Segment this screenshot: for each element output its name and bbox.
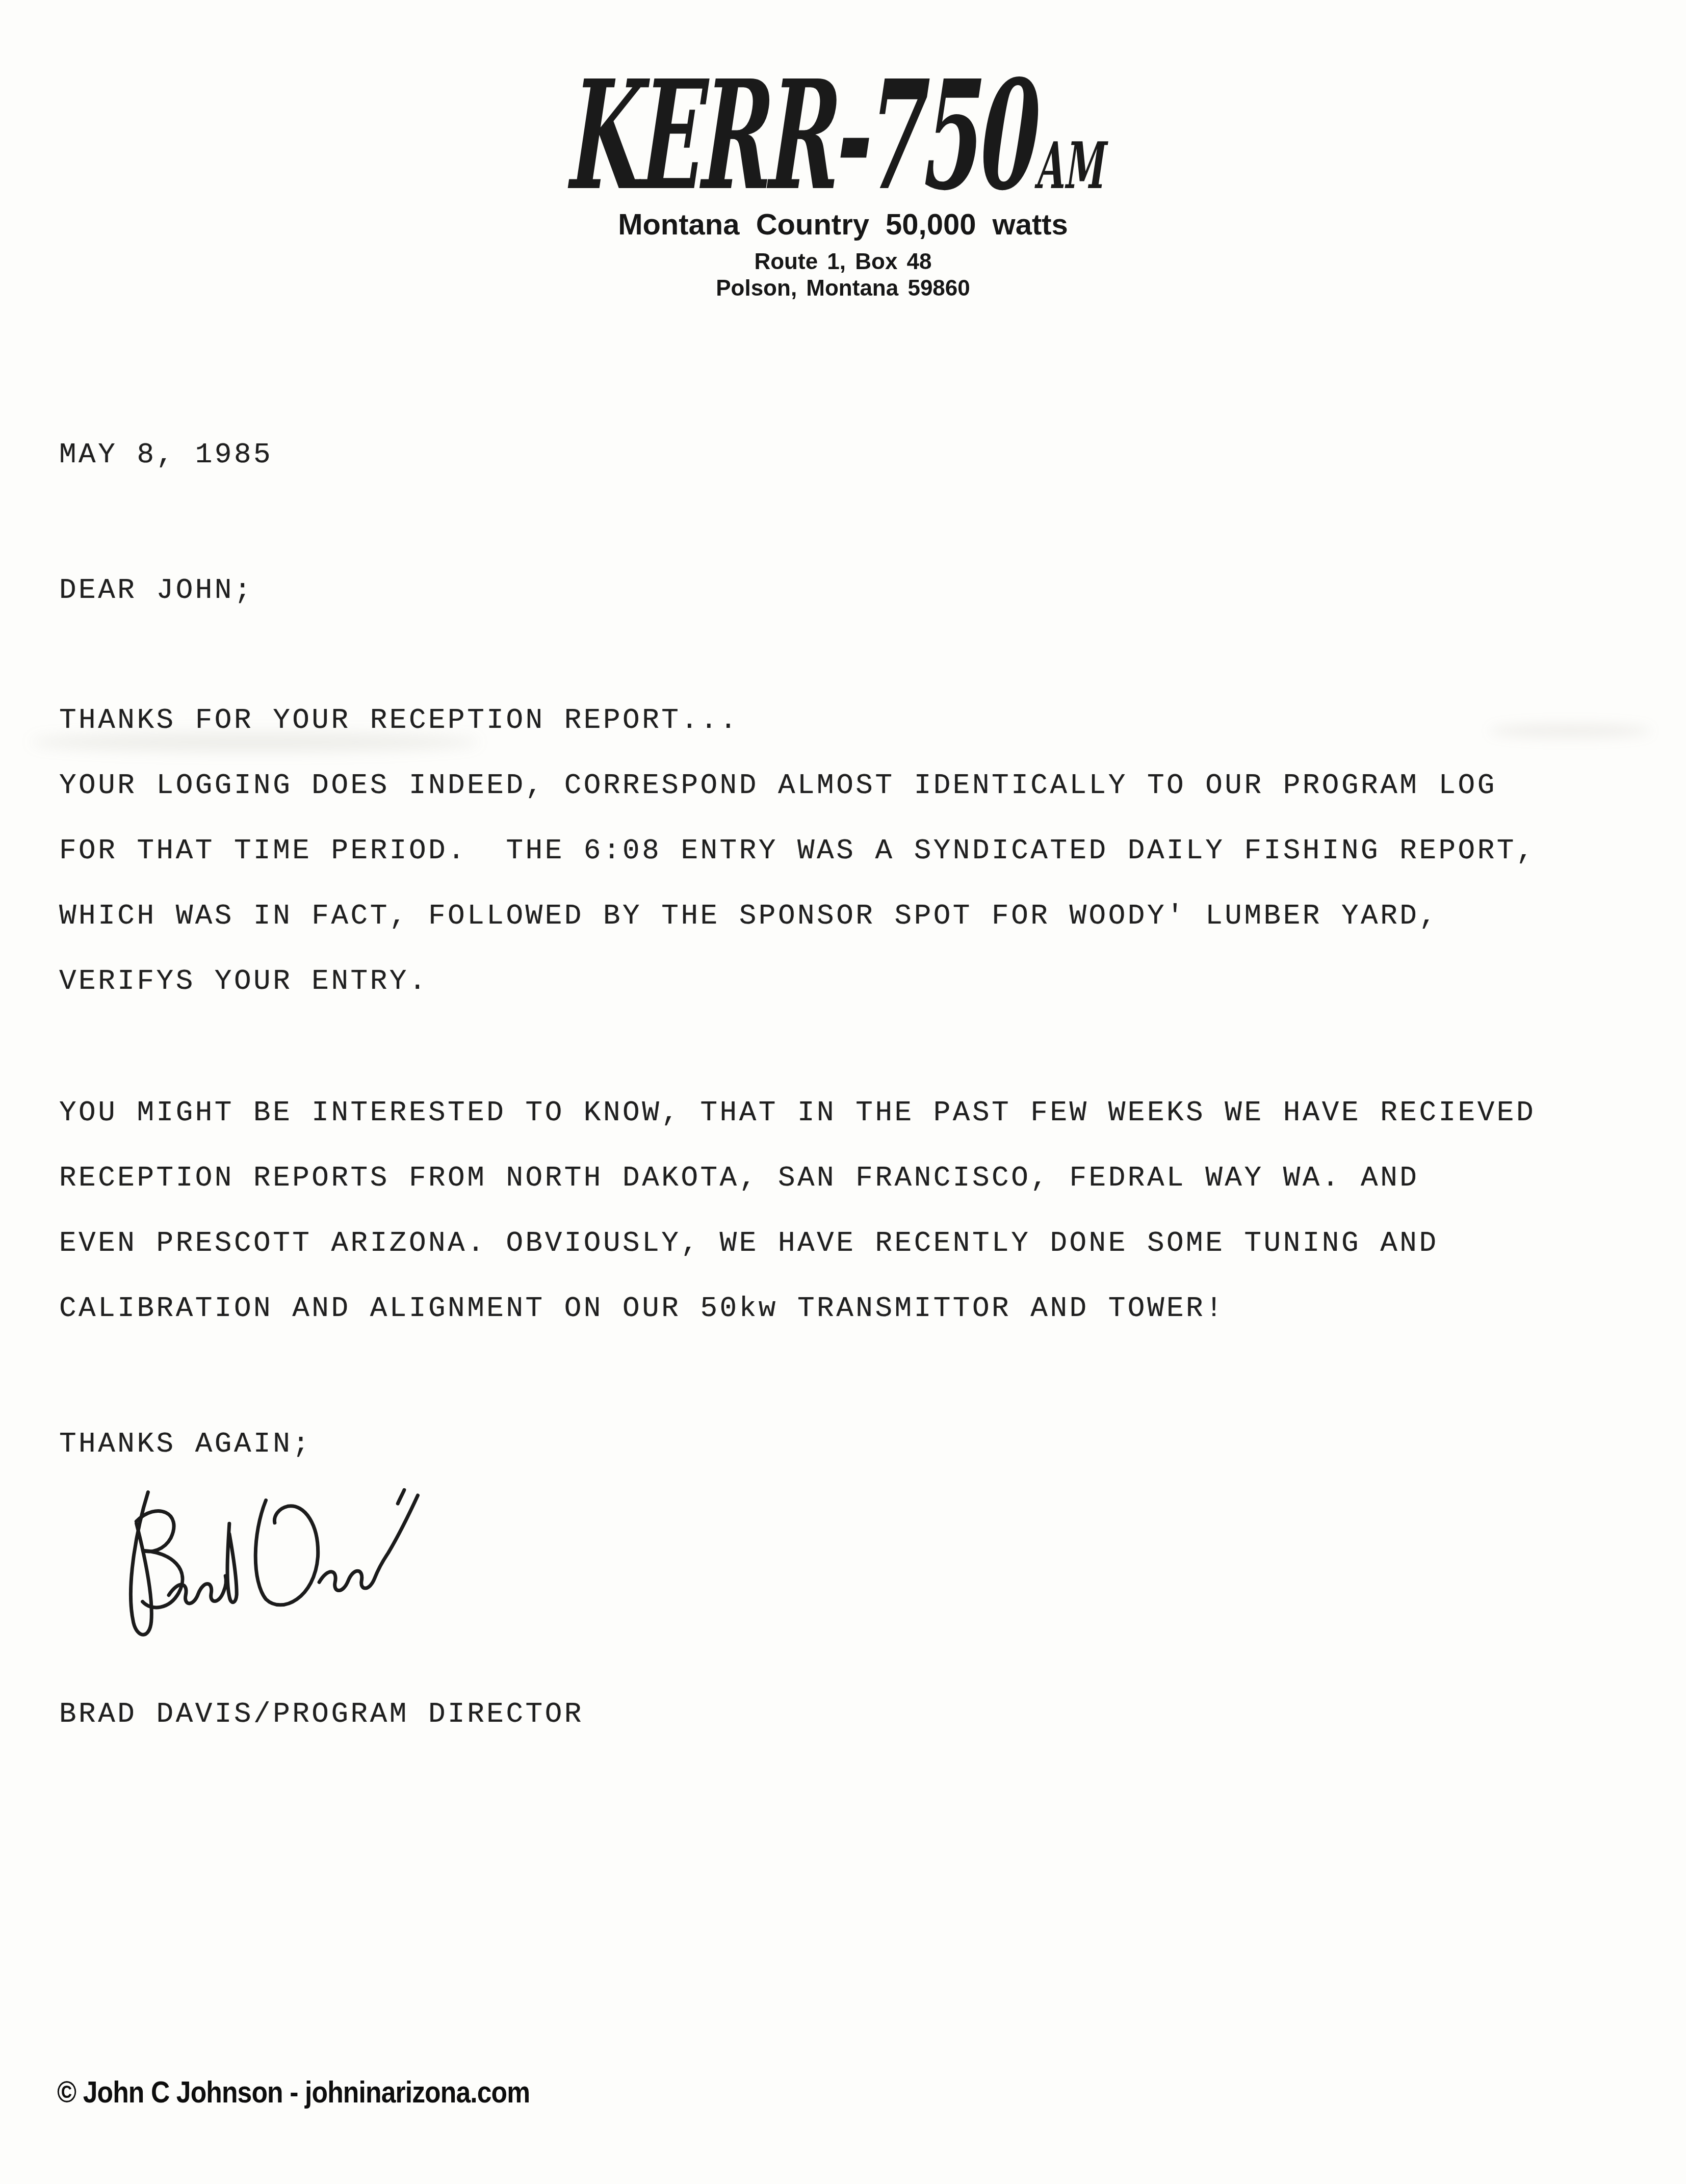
body-line: FOR THAT TIME PERIOD. THE 6:08 ENTRY WAS… <box>59 834 1536 867</box>
body-line: CALIBRATION AND ALIGNMENT ON OUR 50kw TR… <box>59 1292 1225 1325</box>
station-address-line2: Polson, Montana 59860 <box>0 275 1686 302</box>
salutation-line: DEAR JOHN; <box>59 573 253 607</box>
body-line: EVEN PRESCOTT ARIZONA. OBVIOUSLY, WE HAV… <box>59 1226 1439 1260</box>
body-line: RECEPTION REPORTS FROM NORTH DAKOTA, SAN… <box>59 1161 1419 1195</box>
station-address-line1: Route 1, Box 48 <box>0 249 1686 275</box>
signature-stroke <box>397 1490 405 1504</box>
body-line: YOU MIGHT BE INTERESTED TO KNOW, THAT IN… <box>59 1096 1536 1129</box>
copyright-credit: © John C Johnson - johninarizona.com <box>57 2074 530 2110</box>
signoff-line: BRAD DAVIS/PROGRAM DIRECTOR <box>59 1697 584 1731</box>
signature-stroke <box>315 1495 423 1592</box>
signature-stroke <box>252 1497 321 1606</box>
closing-line: THANKS AGAIN; <box>59 1427 312 1461</box>
scan-smudge <box>1489 724 1652 738</box>
letterhead: KERR-750AM Montana Country 50,000 watts … <box>0 0 1686 302</box>
body-line: VERIFYS YOUR ENTRY. <box>59 964 428 998</box>
scanned-letter-page: KERR-750AM Montana Country 50,000 watts … <box>0 0 1686 2184</box>
body-line: YOUR LOGGING DOES INDEED, CORRESPOND ALM… <box>59 769 1497 802</box>
station-logo-am-suffix: AM <box>1037 128 1109 203</box>
body-line: THANKS FOR YOUR RECEPTION REPORT... <box>59 703 739 737</box>
handwritten-signature <box>90 1453 435 1654</box>
signature-stroke <box>168 1576 227 1604</box>
date-line: MAY 8, 1985 <box>59 438 273 471</box>
signature-stroke <box>225 1523 238 1602</box>
body-line: WHICH WAS IN FACT, FOLLOWED BY THE SPONS… <box>59 899 1439 933</box>
station-logo-text: KERR-750 <box>568 47 1041 224</box>
station-logo: KERR-750AM <box>365 60 1315 210</box>
